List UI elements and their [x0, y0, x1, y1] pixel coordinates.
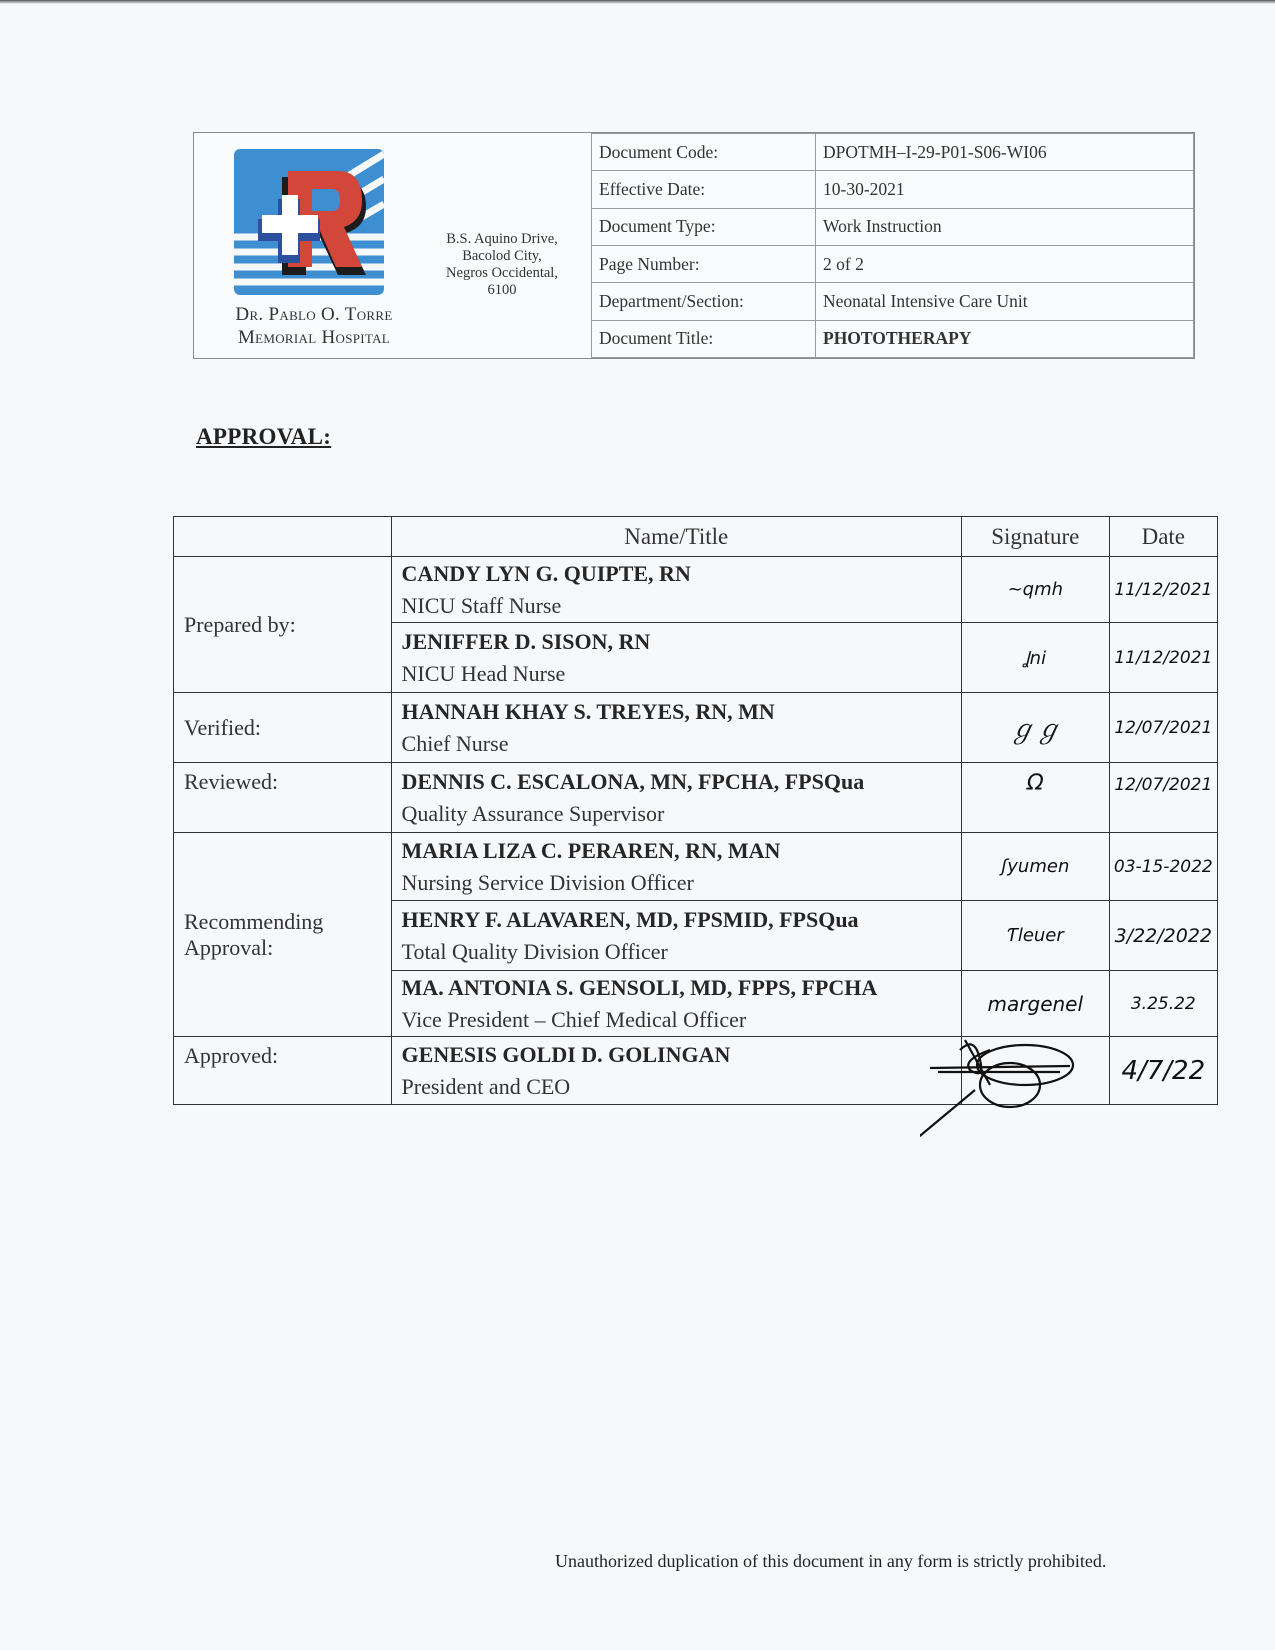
signature-cell: ℊℊ: [962, 693, 1110, 763]
document-meta-table: Document Code:DPOTMH–I-29-P01-S06-WI06 E…: [591, 133, 1194, 358]
signature-mark: ℊℊ: [962, 709, 1109, 746]
signature-cell: margenel: [962, 971, 1110, 1037]
hospital-name-line2: Memorial Hospital: [204, 326, 424, 349]
date-cell: 3.25.22: [1109, 971, 1217, 1037]
hospital-name: Dr. Pablo O. Torre Memorial Hospital: [204, 303, 424, 349]
hospital-address: B.S. Aquino Drive, Bacolod City, Negros …: [422, 231, 582, 299]
approval-heading: APPROVAL:: [196, 424, 331, 450]
address-line: Bacolod City,: [422, 248, 582, 265]
hospital-branding: Dr. Pablo O. Torre Memorial Hospital B.S…: [194, 133, 592, 358]
signature-mark: Ω: [962, 771, 1109, 796]
sign-date: 03-15-2022: [1110, 857, 1217, 877]
address-line: Negros Occidental,: [422, 265, 582, 282]
name-title-cell: JENIFFER D. SISON, RN NICU Head Nurse: [391, 623, 961, 693]
signature-mark: ~qmh: [962, 579, 1109, 600]
sign-date: 12/07/2021: [1110, 775, 1217, 795]
role-label: Verified:: [174, 693, 392, 763]
column-header: Signature: [962, 517, 1110, 557]
person-name: GENESIS GOLDI D. GOLINGAN: [392, 1039, 961, 1071]
meta-value: DPOTMH–I-29-P01-S06-WI06: [816, 134, 1194, 171]
person-title: Total Quality Division Officer: [392, 936, 961, 968]
date-cell: 11/12/2021: [1109, 557, 1217, 623]
scan-edge-shadow: [0, 0, 1275, 4]
person-title: Nursing Service Division Officer: [392, 867, 961, 899]
person-name: CANDY LYN G. QUIPTE, RN: [392, 558, 961, 590]
signature-cell: ʃyumen: [962, 833, 1110, 901]
role-label: Recommending Approval:: [174, 833, 392, 1037]
sign-date: 3.25.22: [1110, 994, 1217, 1014]
role-label: Prepared by:: [174, 557, 392, 693]
sign-date: 11/12/2021: [1110, 648, 1217, 668]
role-label: Approved:: [174, 1037, 392, 1105]
signature-cell: Ω: [962, 763, 1110, 833]
person-name: HENRY F. ALAVAREN, MD, FPSMID, FPSQua: [392, 904, 961, 936]
column-header: Name/Title: [391, 517, 961, 557]
table-row: Prepared by: CANDY LYN G. QUIPTE, RN NIC…: [174, 557, 1218, 623]
name-title-cell: MA. ANTONIA S. GENSOLI, MD, FPPS, FPCHA …: [391, 971, 961, 1037]
sign-date: 12/07/2021: [1110, 718, 1217, 738]
signature-mark: Ƭleuer: [962, 925, 1109, 946]
signature-cell: ~qmh: [962, 557, 1110, 623]
meta-row-code: Document Code:DPOTMH–I-29-P01-S06-WI06: [592, 134, 1194, 171]
meta-value: PHOTOTHERAPY: [816, 320, 1194, 357]
table-row: Recommending Approval: MARIA LIZA C. PER…: [174, 833, 1218, 901]
date-cell: 12/07/2021: [1109, 693, 1217, 763]
meta-label: Document Code:: [592, 134, 816, 171]
name-title-cell: DENNIS C. ESCALONA, MN, FPCHA, FPSQua Qu…: [391, 763, 961, 833]
meta-row-type: Document Type:Work Instruction: [592, 208, 1194, 245]
column-header: Date: [1109, 517, 1217, 557]
date-cell: 4/7/22: [1109, 1037, 1217, 1105]
table-header-row: Name/Title Signature Date: [174, 517, 1218, 557]
approval-table: Name/Title Signature Date Prepared by: C…: [173, 516, 1218, 1105]
person-title: NICU Head Nurse: [392, 658, 961, 690]
footer-notice: Unauthorized duplication of this documen…: [555, 1551, 1106, 1572]
meta-row-page: Page Number:2 of 2: [592, 245, 1194, 282]
meta-label: Page Number:: [592, 245, 816, 282]
date-cell: 12/07/2021: [1109, 763, 1217, 833]
person-title: President and CEO: [392, 1071, 961, 1103]
meta-label: Document Type:: [592, 208, 816, 245]
table-row: Verified: HANNAH KHAY S. TREYES, RN, MN …: [174, 693, 1218, 763]
person-title: NICU Staff Nurse: [392, 590, 961, 622]
sign-date: 4/7/22: [1110, 1056, 1217, 1086]
person-name: DENNIS C. ESCALONA, MN, FPCHA, FPSQua: [392, 766, 961, 798]
hospital-cross-r-logo-icon: [234, 149, 388, 299]
person-name: MA. ANTONIA S. GENSOLI, MD, FPPS, FPCHA: [392, 972, 961, 1004]
signature-mark: ʃyumen: [962, 856, 1109, 877]
sign-date: 3/22/2022: [1110, 925, 1217, 947]
meta-label: Department/Section:: [592, 283, 816, 320]
person-name: HANNAH KHAY S. TREYES, RN, MN: [392, 696, 961, 728]
meta-row-effective-date: Effective Date:10-30-2021: [592, 171, 1194, 208]
meta-label: Effective Date:: [592, 171, 816, 208]
name-title-cell: HENRY F. ALAVAREN, MD, FPSMID, FPSQua To…: [391, 901, 961, 971]
name-title-cell: HANNAH KHAY S. TREYES, RN, MN Chief Nurs…: [391, 693, 961, 763]
name-title-cell: MARIA LIZA C. PERAREN, RN, MAN Nursing S…: [391, 833, 961, 901]
meta-value: Neonatal Intensive Care Unit: [816, 283, 1194, 320]
signature-mark: margenel: [962, 992, 1109, 1016]
column-header: [174, 517, 392, 557]
person-name: MARIA LIZA C. PERAREN, RN, MAN: [392, 835, 961, 867]
hospital-name-line1: Dr. Pablo O. Torre: [204, 303, 424, 326]
sign-date: 11/12/2021: [1110, 580, 1217, 600]
meta-value: 10-30-2021: [816, 171, 1194, 208]
address-line: B.S. Aquino Drive,: [422, 231, 582, 248]
person-title: Quality Assurance Supervisor: [392, 798, 961, 830]
signature-cell: Ʝni: [962, 623, 1110, 693]
meta-label: Document Title:: [592, 320, 816, 357]
date-cell: 3/22/2022: [1109, 901, 1217, 971]
meta-row-title: Document Title:PHOTOTHERAPY: [592, 320, 1194, 357]
meta-value: Work Instruction: [816, 208, 1194, 245]
role-label: Reviewed:: [174, 763, 392, 833]
person-title: Chief Nurse: [392, 728, 961, 760]
person-name: JENIFFER D. SISON, RN: [392, 626, 961, 658]
table-row: Reviewed: DENNIS C. ESCALONA, MN, FPCHA,…: [174, 763, 1218, 833]
table-row: Approved: GENESIS GOLDI D. GOLINGAN Pres…: [174, 1037, 1218, 1105]
name-title-cell: GENESIS GOLDI D. GOLINGAN President and …: [391, 1037, 961, 1105]
signature-mark: Ʝni: [962, 646, 1109, 670]
meta-value: 2 of 2: [816, 245, 1194, 282]
signature-cell: [962, 1037, 1110, 1105]
person-title: Vice President – Chief Medical Officer: [392, 1004, 961, 1036]
meta-row-department: Department/Section:Neonatal Intensive Ca…: [592, 283, 1194, 320]
document-header: Dr. Pablo O. Torre Memorial Hospital B.S…: [193, 132, 1195, 359]
date-cell: 11/12/2021: [1109, 623, 1217, 693]
signature-cell: Ƭleuer: [962, 901, 1110, 971]
date-cell: 03-15-2022: [1109, 833, 1217, 901]
name-title-cell: CANDY LYN G. QUIPTE, RN NICU Staff Nurse: [391, 557, 961, 623]
address-line: 6100: [422, 282, 582, 299]
